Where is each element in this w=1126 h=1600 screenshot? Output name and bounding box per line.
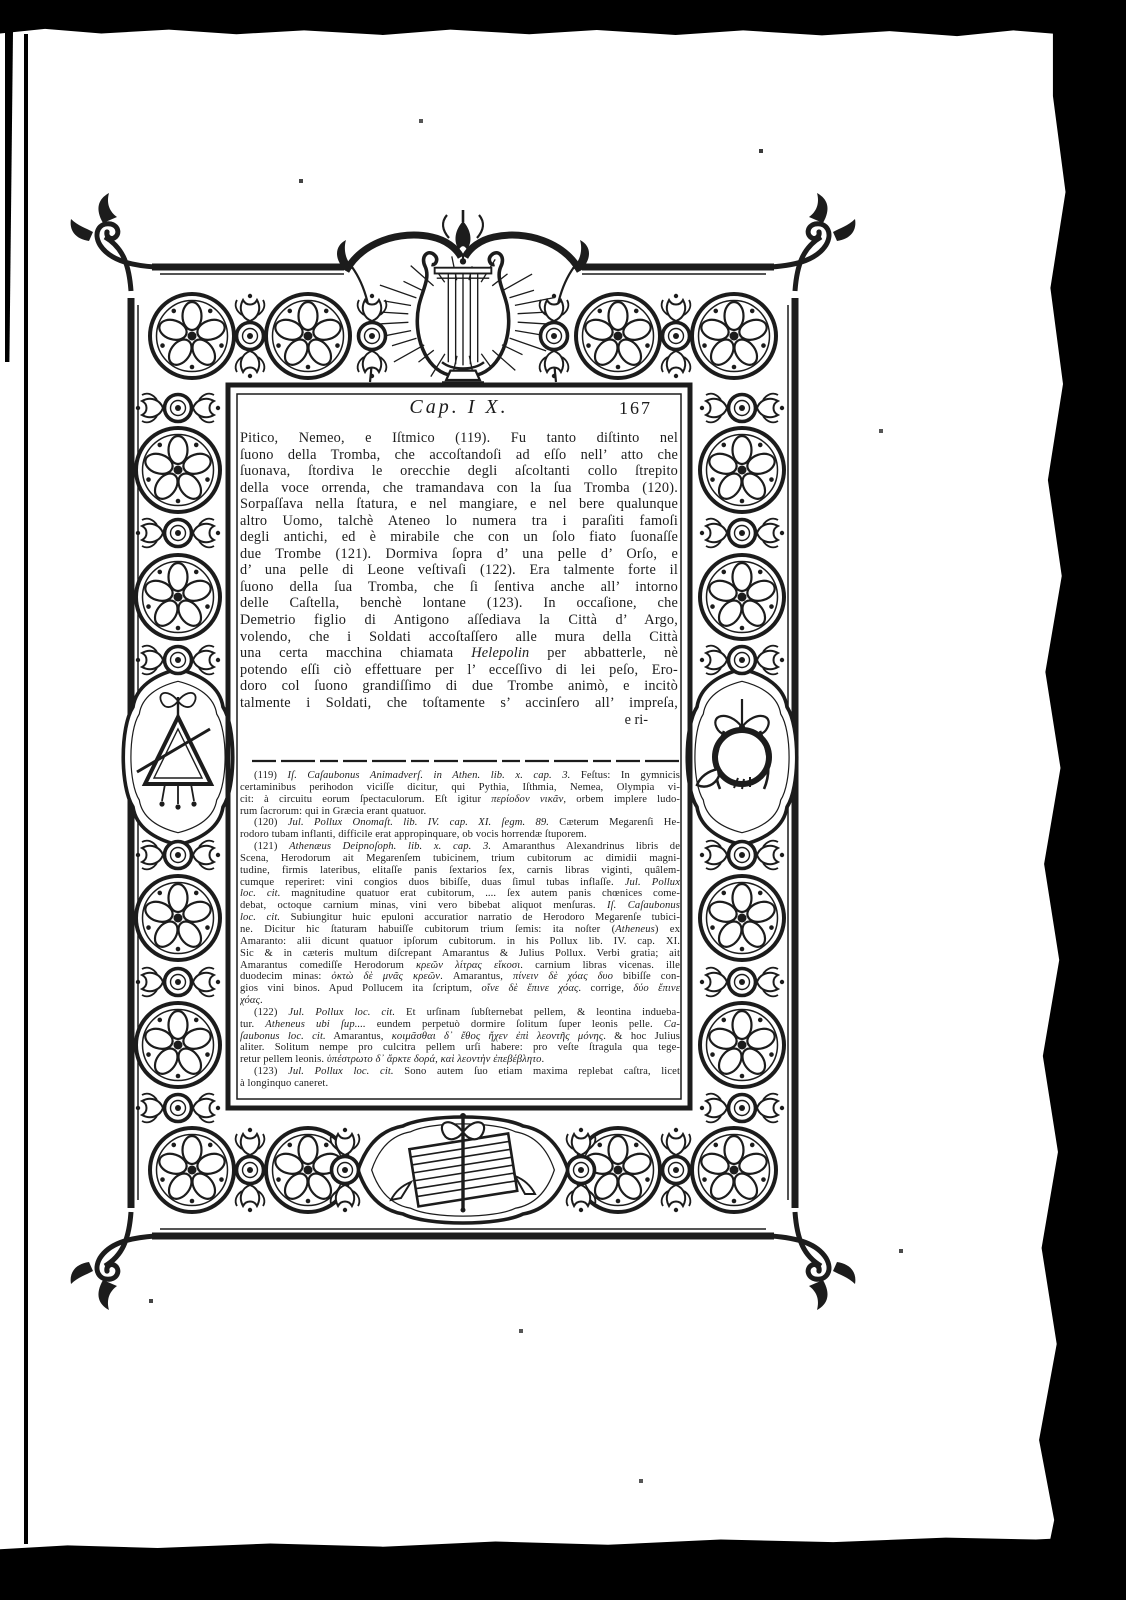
corner-scrollwork-top-right	[771, 193, 855, 291]
rosette-icon	[136, 876, 220, 960]
rosette-icon	[136, 555, 220, 639]
page-number: 167	[619, 398, 652, 419]
tulip-eye-link-icon	[700, 841, 784, 870]
tulip-eye-link-icon	[136, 394, 220, 423]
rosette-icon	[700, 1003, 784, 1087]
tulip-eye-link-icon	[700, 394, 784, 423]
body-text: Pitico, Nemeo, e Iſtmico (119). Fu tanto…	[240, 430, 678, 711]
tulip-eye-link-icon	[136, 519, 220, 548]
tulip-eye-link-icon	[236, 294, 265, 378]
rosette-icon	[136, 1003, 220, 1087]
left-cartouche	[123, 669, 233, 845]
rosette-icon	[576, 294, 660, 378]
tulip-eye-link-icon	[236, 1128, 265, 1212]
corner-scrollwork-top-left	[71, 193, 155, 291]
rosette-icon	[692, 1128, 776, 1212]
page-scan: Cap. I X. 167 Pitico, Nemeo, e Iſtmico (…	[0, 0, 1126, 1600]
tulip-eye-link-icon	[662, 1128, 691, 1212]
tulip-eye-link-icon	[136, 646, 220, 675]
tulip-eye-link-icon	[700, 519, 784, 548]
rosette-icon	[150, 1128, 234, 1212]
rosette-icon	[700, 876, 784, 960]
tulip-eye-link-icon	[700, 646, 784, 675]
tulip-eye-link-icon	[136, 1094, 220, 1123]
tulip-eye-link-icon	[700, 1094, 784, 1123]
lyre-icon	[417, 253, 508, 383]
tulip-eye-link-icon	[700, 968, 784, 997]
rosette-icon	[136, 428, 220, 512]
tulip-eye-link-icon	[662, 294, 691, 378]
right-cartouche	[687, 669, 797, 845]
rosette-icon	[700, 428, 784, 512]
catchword: e ri-	[625, 712, 648, 729]
tulip-eye-link-icon	[136, 968, 220, 997]
tulip-eye-link-icon	[136, 841, 220, 870]
rosette-icon	[700, 555, 784, 639]
tulip-eye-link-icon	[567, 1128, 596, 1212]
rosette-icon	[266, 294, 350, 378]
tulip-eye-link-icon	[331, 1128, 360, 1212]
rosette-icon	[150, 294, 234, 378]
chapter-heading: Cap. I X.	[240, 396, 678, 419]
rosette-icon	[692, 294, 776, 378]
corner-scrollwork-bottom-left	[71, 1212, 155, 1310]
text-block: Cap. I X. 167 Pitico, Nemeo, e Iſtmico (…	[240, 396, 678, 430]
footnotes: (119) Iſ. Caſaubonus Animadverſ. in Athe…	[240, 770, 680, 1090]
page-header: Cap. I X. 167	[240, 396, 678, 430]
tulip-eye-link-icon	[540, 294, 569, 378]
corner-scrollwork-bottom-right	[771, 1212, 855, 1310]
tulip-eye-link-icon	[358, 294, 387, 378]
